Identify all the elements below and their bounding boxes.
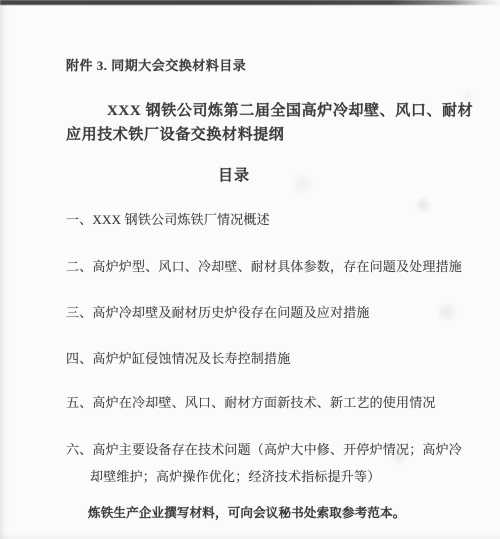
toc-item-2: 二、高炉炉型、风口、冷却壁、耐材具体参数，存在问题及处理措施: [66, 256, 462, 275]
scan-edge-artifact: [0, 0, 500, 5]
toc-item-6-line-1: 六、高炉主要设备存在技术问题（高炉大中修、开停炉情况；高炉冷: [66, 439, 462, 458]
toc-item-4: 四、高炉炉缸侵蚀情况及长寿控制措施: [66, 348, 290, 367]
document-title-line-1: XXX 钢铁公司炼第二届全国高炉冷却壁、风口、耐材: [107, 99, 473, 120]
toc-item-6-line-2: 却壁维护；高炉操作优化；经济技术指标提升等）: [90, 466, 380, 485]
attachment-label: 附件 3. 同期大会交换材料目录: [66, 55, 246, 74]
scanned-document-page: 附件 3. 同期大会交换材料目录 XXX 钢铁公司炼第二届全国高炉冷却壁、风口、…: [0, 0, 500, 539]
toc-item-5: 五、高炉在冷却壁、风口、耐材方面新技术、新工艺的使用情况: [66, 392, 436, 411]
document-title-line-2: 应用技术铁厂设备交换材料提纲: [66, 123, 284, 144]
toc-item-3: 三、高炉冷却壁及耐材历史炉役存在问题及应对措施: [66, 302, 370, 321]
toc-heading: 目录: [218, 164, 250, 185]
footer-note: 炼铁生产企业撰写材料，可向会议秘书处索取参考范本。: [88, 503, 406, 521]
toc-item-1: 一、XXX 钢铁公司炼铁厂情况概述: [66, 209, 270, 228]
